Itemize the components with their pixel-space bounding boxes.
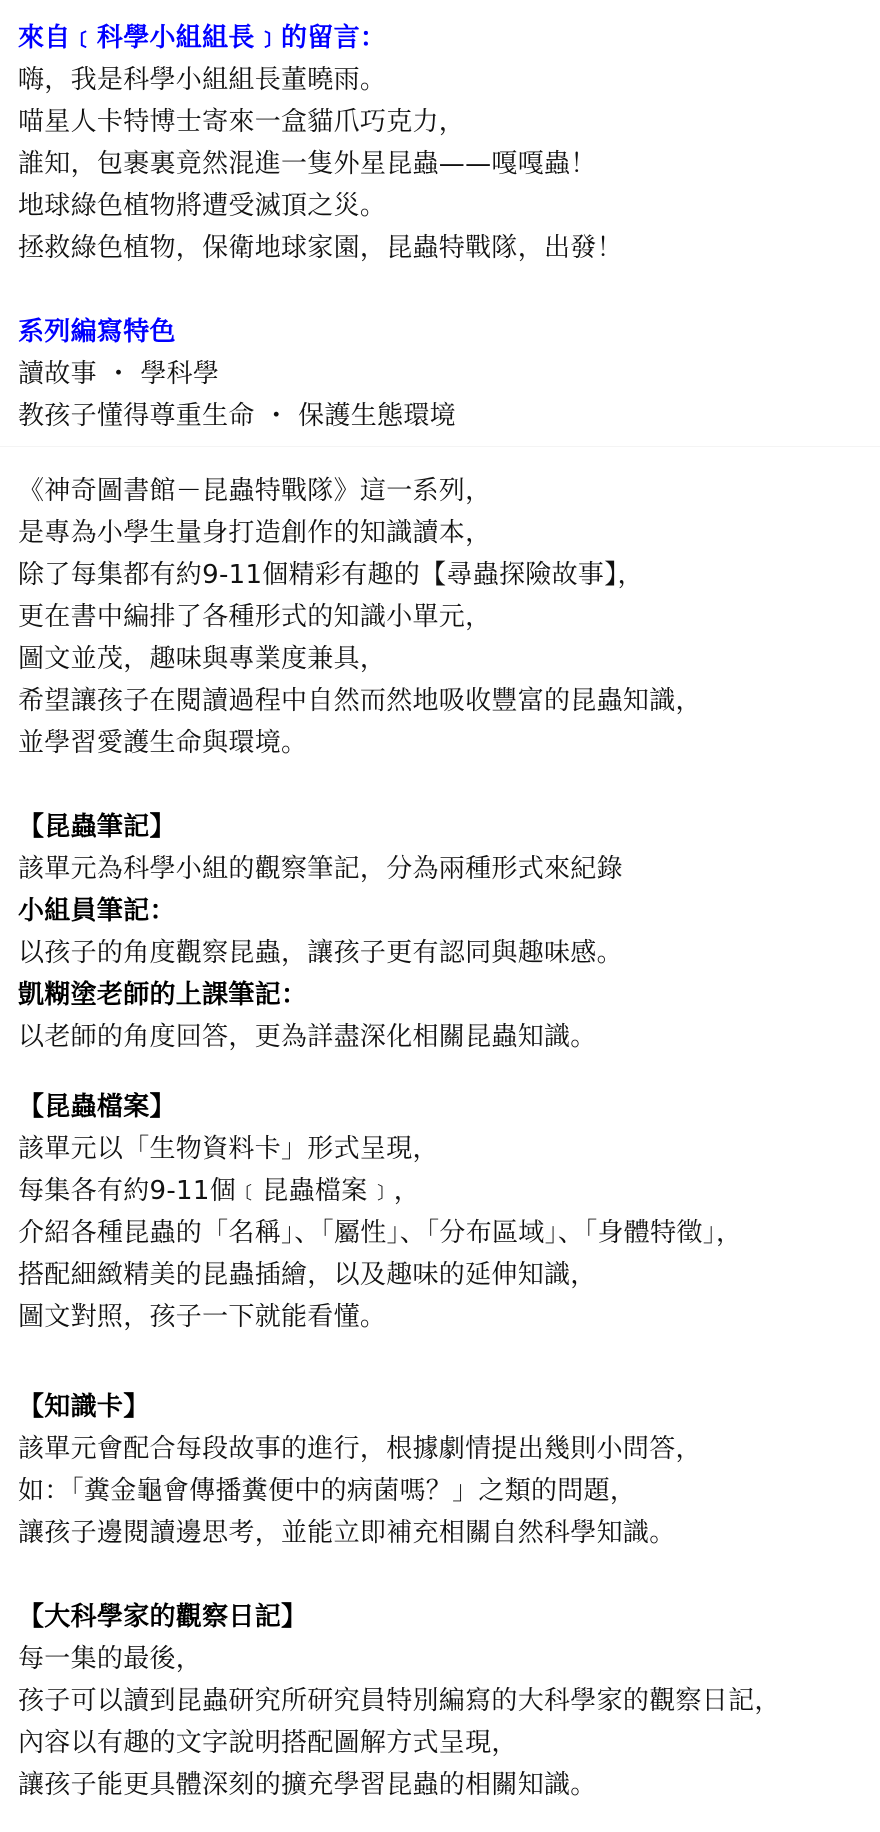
leader-message-line: 拯救綠色植物，保衛地球家園，昆蟲特戰隊，出發！	[18, 227, 880, 269]
insect-notes-heading: 【昆蟲筆記】	[18, 806, 880, 848]
leader-message-line: 地球綠色植物將遭受滅頂之災。	[18, 185, 880, 227]
scientist-diary-line: 讓孩子能更具體深刻的擴充學習昆蟲的相關知識。	[18, 1764, 880, 1806]
series-description-line: 除了每集都有約9-11個精彩有趣的【尋蟲探險故事】，	[18, 554, 880, 596]
leader-message-section: 來自﹝科學小組組長﹞的留言： 嗨，我是科學小組組長董曉雨。 喵星人卡特博士寄來一…	[18, 17, 880, 269]
series-features-section: 系列編寫特色 讀故事 ・ 學科學 教孩子懂得尊重生命 ・ 保護生態環境	[18, 311, 880, 437]
knowledge-cards-line: 如：「糞金龜會傳播糞便中的病菌嗎？」之類的問題，	[18, 1470, 880, 1512]
insect-files-heading: 【昆蟲檔案】	[18, 1086, 880, 1128]
insect-files-line: 該單元以「生物資料卡」形式呈現，	[18, 1128, 880, 1170]
insect-files-section: 【昆蟲檔案】 該單元以「生物資料卡」形式呈現， 每集各有約9-11個﹝昆蟲檔案﹞…	[18, 1086, 880, 1338]
product-description-page: 來自﹝科學小組組長﹞的留言： 嗨，我是科學小組組長董曉雨。 喵星人卡特博士寄來一…	[0, 0, 880, 1832]
insect-files-line: 搭配細緻精美的昆蟲插繪，以及趣味的延伸知識，	[18, 1254, 880, 1296]
series-description-line: 希望讓孩子在閱讀過程中自然而然地吸收豐富的昆蟲知識，	[18, 680, 880, 722]
leader-message-line: 誰知，包裹裏竟然混進一隻外星昆蟲——嘎嘎蟲！	[18, 143, 880, 185]
series-feature-line: 教孩子懂得尊重生命 ・ 保護生態環境	[18, 395, 880, 437]
series-features-heading: 系列編寫特色	[18, 311, 880, 353]
insect-files-line: 每集各有約9-11個﹝昆蟲檔案﹞，	[18, 1170, 880, 1212]
knowledge-cards-line: 讓孩子邊閱讀邊思考，並能立即補充相關自然科學知識。	[18, 1512, 880, 1554]
scientist-diary-section: 【大科學家的觀察日記】 每一集的最後， 孩子可以讀到昆蟲研究所研究員特別編寫的大…	[18, 1596, 880, 1806]
scientist-diary-line: 每一集的最後，	[18, 1638, 880, 1680]
member-notes-text: 以孩子的角度觀察昆蟲，讓孩子更有認同與趣味感。	[18, 932, 880, 974]
series-description-line: 《神奇圖書館－昆蟲特戰隊》這一系列，	[18, 470, 880, 512]
insect-notes-intro: 該單元為科學小組的觀察筆記，分為兩種形式來紀錄	[18, 848, 880, 890]
leader-message-line: 嗨，我是科學小組組長董曉雨。	[18, 59, 880, 101]
insect-files-line: 介紹各種昆蟲的「名稱」、「屬性」、「分布區域」、「身體特徵」，	[18, 1212, 880, 1254]
series-description-line: 並學習愛護生命與環境。	[18, 722, 880, 764]
insect-notes-section: 【昆蟲筆記】 該單元為科學小組的觀察筆記，分為兩種形式來紀錄 小組員筆記： 以孩…	[18, 806, 880, 1058]
series-feature-line: 讀故事 ・ 學科學	[18, 353, 880, 395]
image-boundary-divider	[0, 446, 880, 447]
knowledge-cards-section: 【知識卡】 該單元會配合每段故事的進行，根據劇情提出幾則小問答， 如：「糞金龜會…	[18, 1386, 880, 1554]
scientist-diary-heading: 【大科學家的觀察日記】	[18, 1596, 880, 1638]
series-description-section: 《神奇圖書館－昆蟲特戰隊》這一系列， 是專為小學生量身打造創作的知識讀本， 除了…	[18, 470, 880, 764]
leader-message-heading: 來自﹝科學小組組長﹞的留言：	[18, 17, 880, 59]
leader-message-line: 喵星人卡特博士寄來一盒貓爪巧克力，	[18, 101, 880, 143]
scientist-diary-line: 內容以有趣的文字說明搭配圖解方式呈現，	[18, 1722, 880, 1764]
teacher-notes-text: 以老師的角度回答，更為詳盡深化相關昆蟲知識。	[18, 1016, 880, 1058]
series-description-line: 更在書中編排了各種形式的知識小單元，	[18, 596, 880, 638]
scientist-diary-line: 孩子可以讀到昆蟲研究所研究員特別編寫的大科學家的觀察日記，	[18, 1680, 880, 1722]
series-description-line: 圖文並茂，趣味與專業度兼具，	[18, 638, 880, 680]
insect-files-line: 圖文對照，孩子一下就能看懂。	[18, 1296, 880, 1338]
teacher-notes-label: 凱糊塗老師的上課筆記：	[18, 974, 880, 1016]
knowledge-cards-line: 該單元會配合每段故事的進行，根據劇情提出幾則小問答，	[18, 1428, 880, 1470]
series-description-line: 是專為小學生量身打造創作的知識讀本，	[18, 512, 880, 554]
member-notes-label: 小組員筆記：	[18, 890, 880, 932]
knowledge-cards-heading: 【知識卡】	[18, 1386, 880, 1428]
